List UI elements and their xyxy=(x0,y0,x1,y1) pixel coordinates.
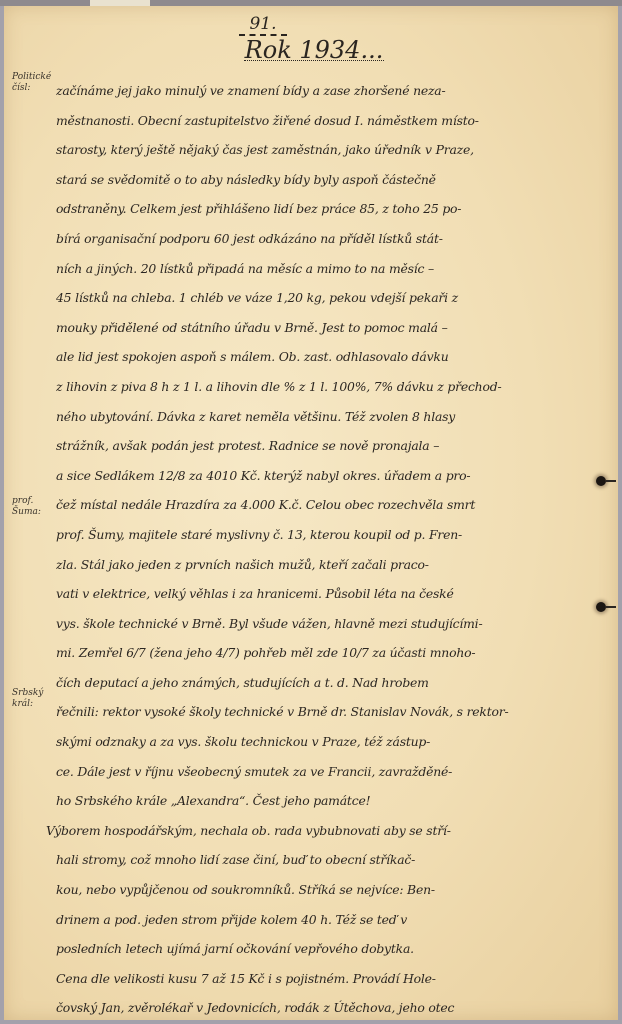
text-line: prof. Šumy, majitele staré myslivny č. 1… xyxy=(56,520,576,550)
text-line: zla. Stál jako jeden z prvních našich mu… xyxy=(56,550,576,580)
text-line: drinem a pod. jeden strom přijde kolem 4… xyxy=(56,905,576,935)
text-line: ce. Dále jest v říjnu všeobecný smutek z… xyxy=(56,757,576,787)
text-line: čež místal nedále Hrazdíra za 4.000 K.č.… xyxy=(56,490,576,520)
binding-hole xyxy=(596,476,606,486)
text-line: stará se svědomitě o to aby následky bíd… xyxy=(56,165,576,195)
text-line: ale lid jest spokojen aspoň s málem. Ob.… xyxy=(56,342,576,372)
page-number: 91. xyxy=(228,14,298,36)
margin-note-political: Politické čísl: xyxy=(12,72,46,94)
text-line: Cena dle velikosti kusu 7 až 15 Kč i s p… xyxy=(56,964,576,994)
text-line: odstraněny. Celkem jest přihlášeno lidí … xyxy=(56,194,576,224)
text-line: posledních letech ujímá jarní očkování v… xyxy=(56,934,576,964)
text-line: skými odznaky a za vys. školu technickou… xyxy=(56,727,576,757)
text-line: strážník, avšak podán jest protest. Radn… xyxy=(56,431,576,461)
text-line: kou, nebo vypůjčenou od soukromníků. Stř… xyxy=(56,875,576,905)
text-line: městnanosti. Obecní zastupitelstvo žiřen… xyxy=(56,106,576,136)
text-line: z lihovin z piva 8 h z 1 l. a lihovin dl… xyxy=(56,372,576,402)
text-line: mi. Zemřel 6/7 (žena jeho 4/7) pohřeb mě… xyxy=(56,638,576,668)
text-line: mouky přidělené od státního úřadu v Brně… xyxy=(56,313,576,343)
text-line: řečnili: rektor vysoké školy technické v… xyxy=(56,697,576,727)
handwritten-text-body: začínáme jej jako minulý ve znamení bídy… xyxy=(56,76,576,1023)
margin-note-king: Srbský král: xyxy=(12,688,46,710)
chronicle-page: 91. Rok 1934... Politické čísl: prof. Šu… xyxy=(4,6,618,1020)
text-line: vys. škole technické v Brně. Byl všude v… xyxy=(56,609,576,639)
text-line: čích deputací a jeho známých, studujícíc… xyxy=(56,668,576,698)
binding-hole xyxy=(596,602,606,612)
text-line: Výborem hospodářským, nechala ob. rada v… xyxy=(46,816,576,846)
text-line: ného ubytování. Dávka z karet neměla vět… xyxy=(56,402,576,432)
text-line: čovský Jan, zvěrolékař v Jedovnicích, ro… xyxy=(56,993,576,1023)
text-line: a sice Sedlákem 12/8 za 4010 Kč. kterýž … xyxy=(56,461,576,491)
year-heading: Rok 1934... xyxy=(244,36,384,61)
text-line: hali stromy, což mnoho lidí zase činí, b… xyxy=(56,845,576,875)
text-line: bírá organisační podporu 60 jest odkázán… xyxy=(56,224,576,254)
text-line: vati v elektrice, velký věhlas i za hran… xyxy=(56,579,576,609)
text-line: začínáme jej jako minulý ve znamení bídy… xyxy=(56,76,576,106)
margin-note-prof: prof. Šuma: xyxy=(12,496,46,518)
text-line: ních a jiných. 20 lístků připadá na měsí… xyxy=(56,254,576,284)
text-line: 45 lístků na chleba. 1 chléb ve váze 1,2… xyxy=(56,283,576,313)
text-line: ho Srbského krále „Alexandra“. Čest jeho… xyxy=(56,786,576,816)
text-line: starosty, který ještě nějaký čas jest za… xyxy=(56,135,576,165)
